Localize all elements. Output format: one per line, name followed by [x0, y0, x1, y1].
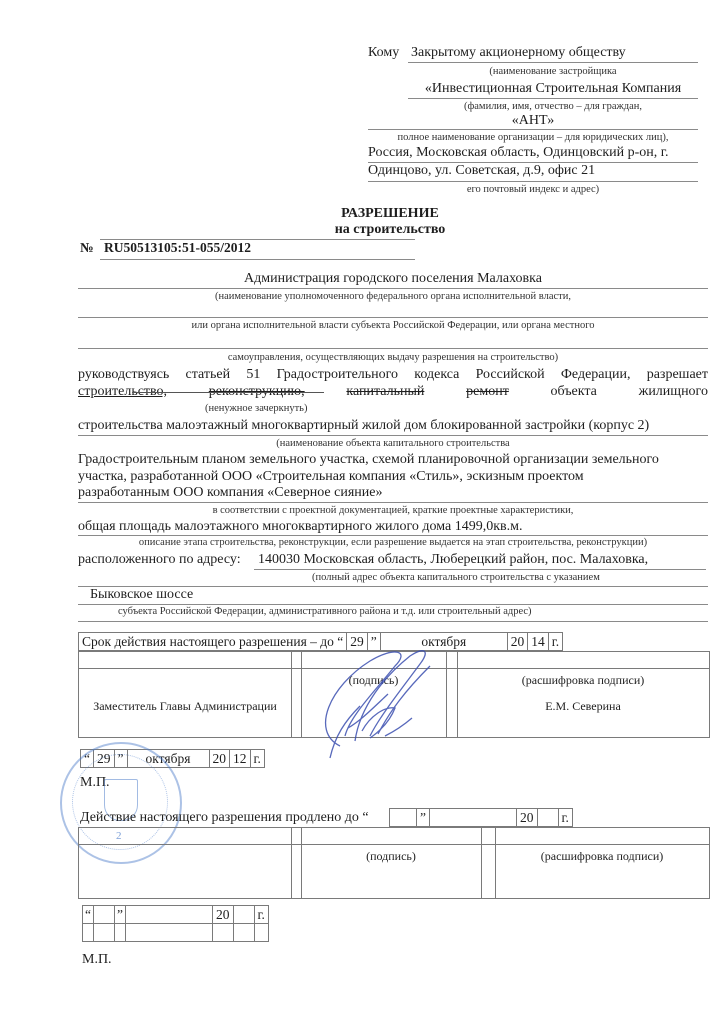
recipient-line-1: Закрытому акционерному обществу — [411, 45, 626, 61]
recipient-komu-label: Кому — [368, 45, 399, 61]
table-divider — [457, 652, 458, 737]
decode-hint: (расшифровка подписи) — [457, 672, 709, 688]
strike-line — [132, 392, 324, 393]
table-divider — [291, 828, 292, 898]
address-line-2: Быковское шоссе — [90, 587, 193, 603]
permit-number: RU50513105:51-055/2012 — [104, 240, 251, 256]
validity-year-prefix: 20 — [507, 633, 528, 651]
extension-close-quote: ” — [417, 809, 430, 827]
underline — [78, 621, 708, 622]
signer-position: Заместитель Главы Администрации — [79, 698, 291, 714]
underline — [100, 259, 415, 260]
authority-hint-2: или органа исполнительной власти субъект… — [78, 320, 708, 332]
recipient-line-4: Россия, Московская область, Одинцовский … — [368, 145, 668, 161]
object-word: объекта — [551, 384, 597, 400]
extension-decode-hint: (расшифровка подписи) — [495, 848, 709, 864]
document-title: РАЗРЕШЕНИЕ — [260, 206, 520, 222]
extension-label: Действие настоящего разрешения продлено … — [80, 810, 369, 826]
empty-cell — [233, 924, 254, 942]
ext-month-cell — [126, 906, 213, 924]
extension-day-cell — [390, 809, 417, 827]
repair-option-struck: ремонт — [466, 384, 509, 400]
extension-signature-hint: (подпись) — [301, 848, 481, 864]
ext-day-cell — [94, 906, 115, 924]
ext-close-quote: ” — [115, 906, 126, 924]
empty-cell — [83, 924, 94, 942]
underline — [78, 317, 708, 318]
extension-issue-date-row: “ ” 20 г. — [82, 905, 269, 942]
table-divider — [481, 828, 482, 898]
recipient-line-3: «АНТ» — [368, 113, 698, 129]
underline — [78, 502, 708, 503]
empty-cell — [213, 924, 234, 942]
address-hint-2: субъекта Российской Федерации, администр… — [118, 606, 532, 618]
ext-year-label: г. — [254, 906, 268, 924]
body-para-1: руководствуясь статьей 51 Градостроитель… — [78, 367, 708, 383]
recipient-hint-3: полное наименование организации – для юр… — [368, 132, 698, 144]
ext-year-suffix-cell — [233, 906, 254, 924]
plan-line-3: разработанным ООО компания «Северное сия… — [78, 485, 382, 501]
extension-month-cell — [430, 809, 517, 827]
table-divider — [446, 652, 447, 737]
underline — [78, 535, 708, 536]
underline — [100, 239, 415, 240]
table-divider — [79, 844, 709, 845]
issue-year-prefix: 20 — [209, 750, 230, 768]
underline — [78, 348, 708, 349]
extension-year-prefix: 20 — [517, 809, 538, 827]
recipient-line-5: Одинцово, ул. Советская, д.9, офис 21 — [368, 163, 595, 179]
capital-option-struck: капитальный — [346, 384, 424, 400]
table-divider — [291, 652, 292, 737]
handwritten-signature-icon — [300, 636, 440, 761]
plan-line-2: участка, разработанной ООО «Строительная… — [78, 469, 584, 485]
underline — [368, 181, 698, 182]
authority-hint-1: (наименование уполномоченного федерально… — [78, 291, 708, 303]
strike-hint: (ненужное зачеркнуть) — [205, 403, 307, 415]
empty-cell — [126, 924, 213, 942]
underline — [78, 288, 708, 289]
underline — [78, 435, 708, 436]
ext-open-quote: “ — [83, 906, 94, 924]
extension-seal-place-label: М.П. — [82, 952, 112, 968]
authority-hint-3: самоуправления, осуществляющих выдачу ра… — [78, 352, 708, 364]
stage-hint: описание этапа строительства, реконструк… — [78, 537, 708, 549]
object-name: строительства малоэтажный многоквартирны… — [78, 418, 649, 434]
signer-name: Е.М. Северина — [457, 698, 709, 714]
underline — [408, 62, 698, 63]
address-value: 140030 Московская область, Люберецкий ра… — [258, 552, 648, 568]
plan-hint: в соответствии с проектной документацией… — [78, 505, 708, 517]
empty-cell — [115, 924, 126, 942]
ext-year-prefix: 20 — [213, 906, 234, 924]
address-hint-1: (полный адрес объекта капитального строи… — [312, 572, 600, 584]
empty-cell — [254, 924, 268, 942]
address-label: расположенного по адресу: — [78, 552, 241, 568]
recipient-hint-2: (фамилия, имя, отчество – для граждан, — [408, 101, 698, 113]
extension-year-label: г. — [558, 809, 572, 827]
issue-year-suffix: 12 — [230, 750, 251, 768]
empty-cell — [94, 924, 115, 942]
extension-date-cells: ” 20 г. — [389, 808, 573, 827]
underline — [254, 569, 706, 570]
recipient-hint-1: (наименование застройщика — [408, 66, 698, 78]
recipient-hint-4: его почтовый индекс и адрес) — [368, 184, 698, 196]
housing-word: жилищного — [639, 384, 708, 400]
underline — [368, 129, 698, 130]
extension-signature-table: (подпись) (расшифровка подписи) — [78, 827, 710, 899]
underline — [78, 604, 708, 605]
validity-year-label: г. — [548, 633, 562, 651]
permit-number-label: № — [80, 240, 94, 256]
issue-year-label: г. — [250, 750, 264, 768]
area-line: общая площадь малоэтажного многоквартирн… — [78, 519, 523, 535]
document-subtitle: на строительство — [260, 222, 520, 238]
authority-name: Администрация городского поселения Малах… — [78, 271, 708, 287]
object-hint: (наименование объекта капитального строи… — [78, 438, 708, 450]
extension-year-suffix-cell — [537, 809, 558, 827]
recipient-line-2: «Инвестиционная Строительная Компания — [408, 81, 698, 97]
validity-year-suffix: 14 — [528, 633, 549, 651]
underline — [408, 98, 698, 99]
plan-line-1: Градостроительным планом земельного учас… — [78, 452, 659, 468]
